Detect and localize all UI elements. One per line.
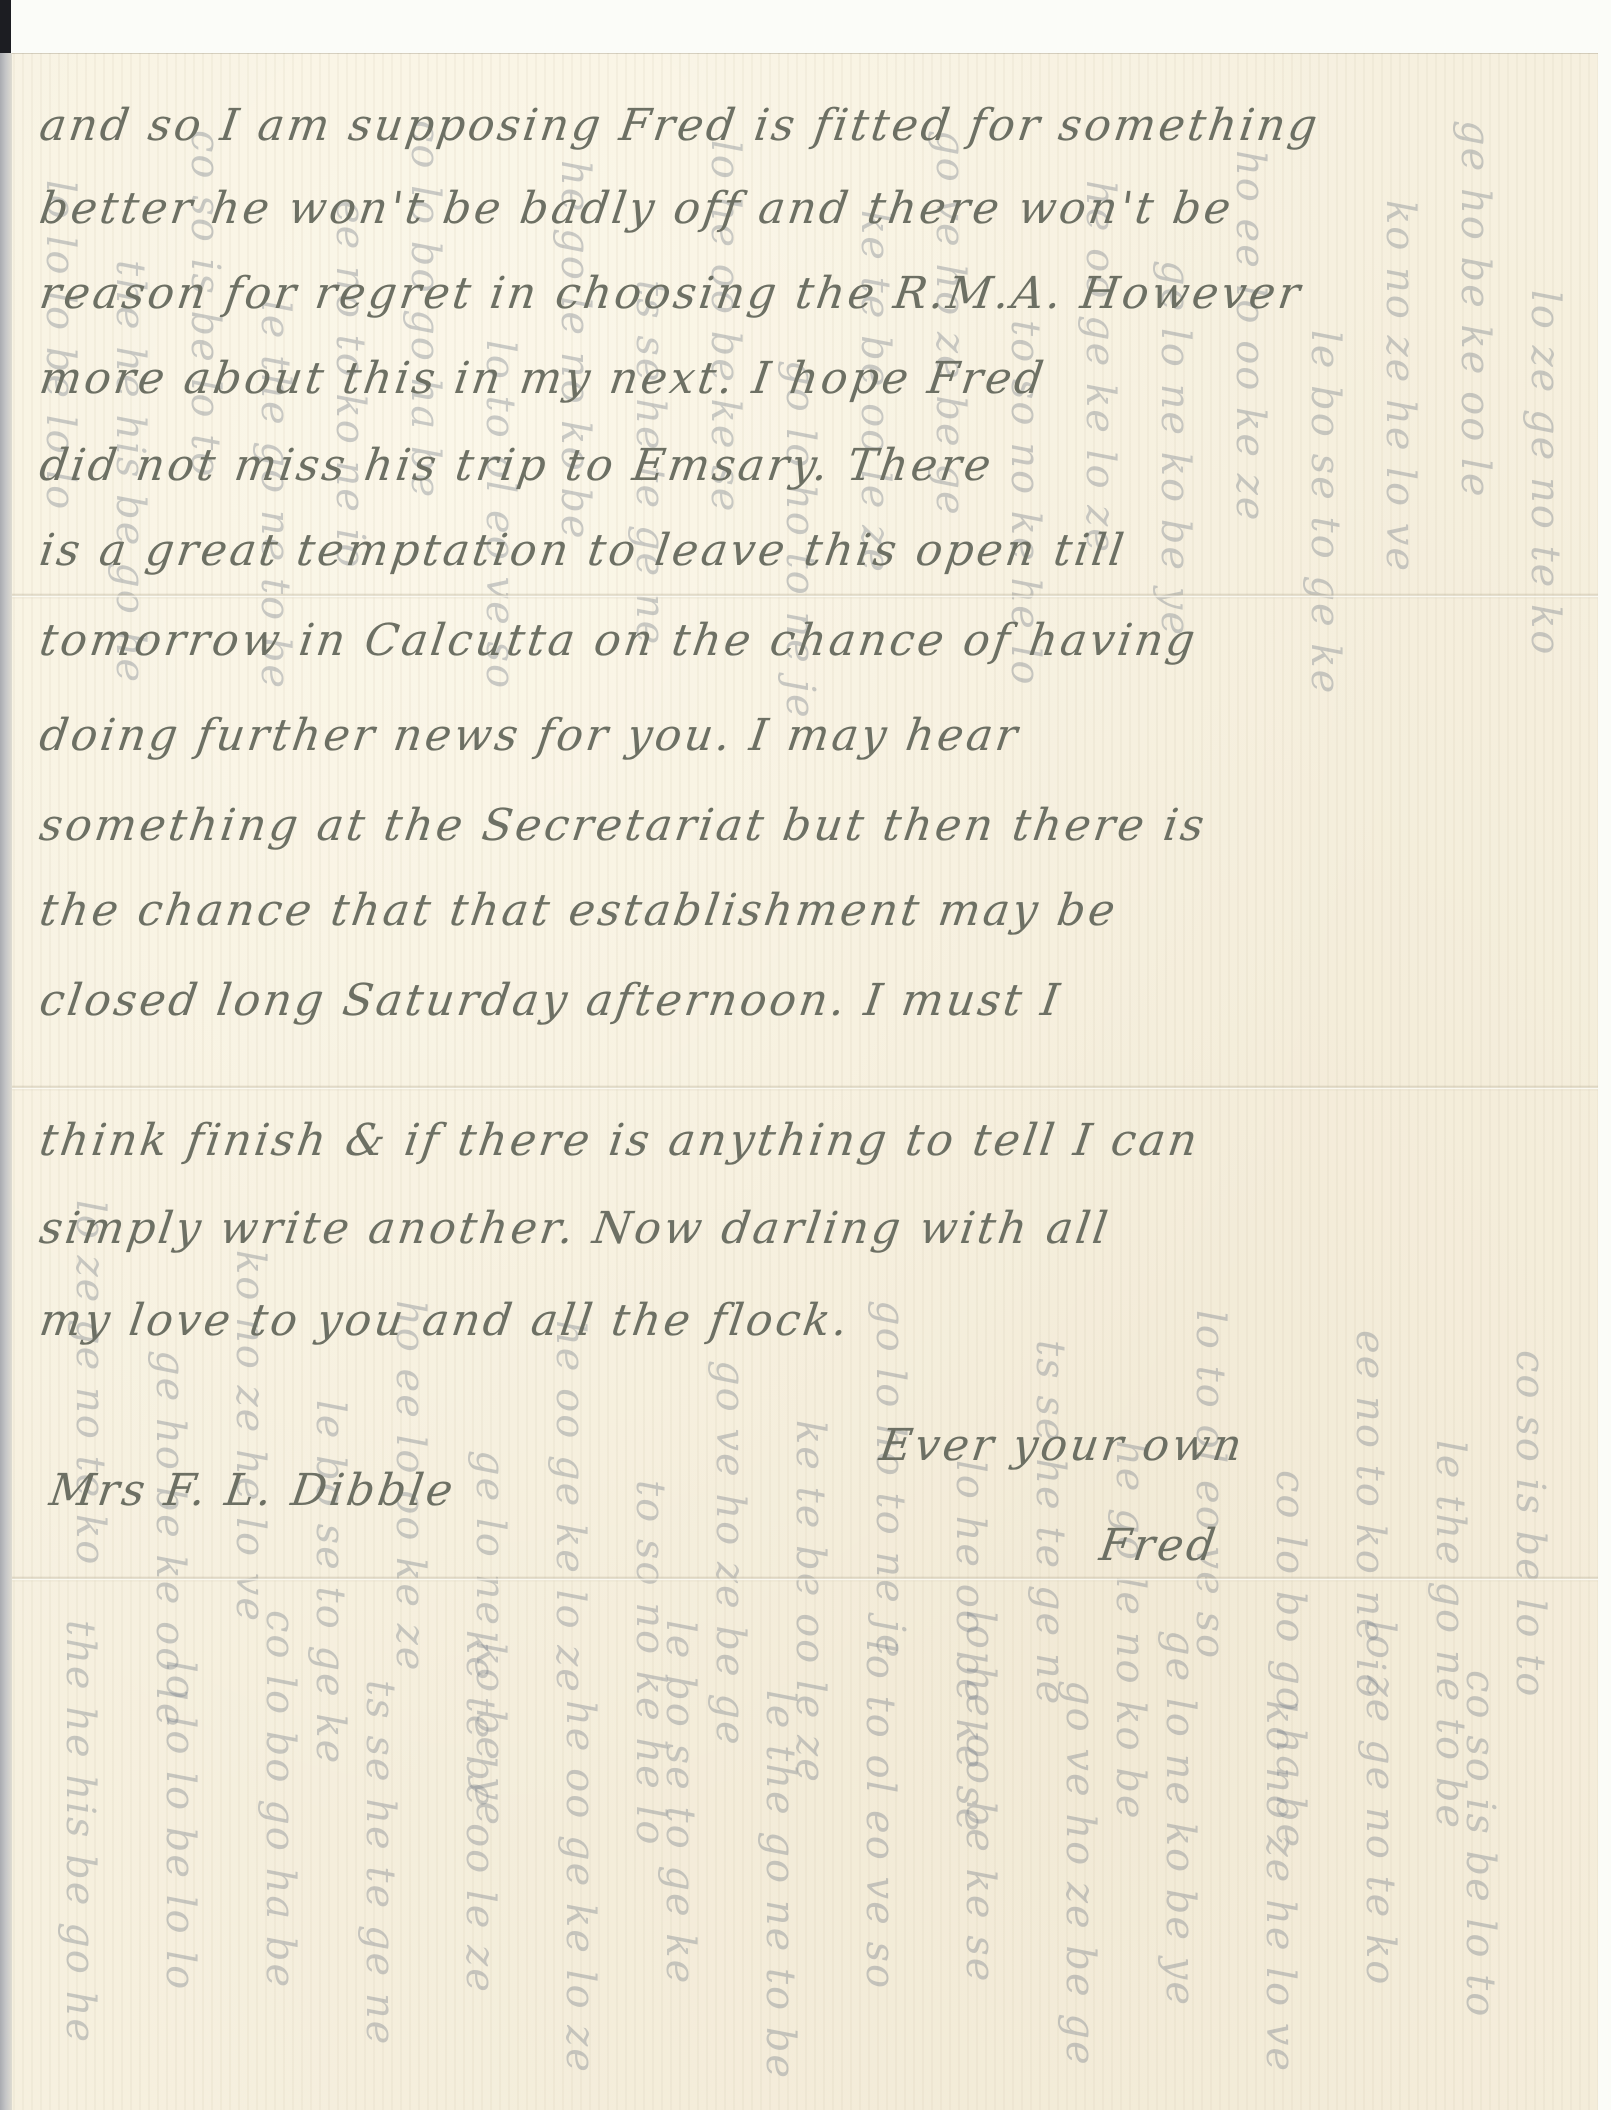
letter-scan: lo lo lo be lo lo the he his be go he co… <box>0 0 1611 2110</box>
bleed-column: the he his be go he <box>60 1620 100 2044</box>
letter-line: doing further news for you. I may hear <box>36 710 1023 761</box>
bleed-column: co lo bo go ha be <box>260 1610 300 1989</box>
letter-line: reason for regret in choosing the R.M.A.… <box>36 268 1306 319</box>
signature: Fred <box>1096 1520 1221 1571</box>
bleed-column: le bo se to ge ke <box>1305 330 1345 695</box>
bleed-column: he oo ge ke lo ze <box>550 1320 590 1694</box>
letter-line: is a great temptation to leave this open… <box>36 525 1129 576</box>
bleed-column: he oo ge ke lo ze <box>1080 180 1120 554</box>
bleed-column: le the go ne to be <box>760 1690 800 2080</box>
bleed-column: ke te be oo le ze <box>460 1630 500 1994</box>
bleed-column: he oo ge ke lo ze <box>560 1700 600 2074</box>
bleed-column: ts se he te ge ne <box>360 1680 400 2046</box>
letter-line: closed long Saturday afternoon. I must I <box>36 975 1065 1026</box>
letter-line: did not miss his trip to Emsary. There <box>36 440 997 491</box>
bleed-column: go ve ho ze be ge <box>710 1360 750 1747</box>
bleed-column: lo to ol eo ve so <box>860 1640 900 1990</box>
letter-line: simply write another. Now darling with a… <box>36 1203 1113 1254</box>
bleed-column: ko no ze he lo ve <box>1380 200 1420 573</box>
letter-line: think finish & if there is anything to t… <box>36 1115 1203 1166</box>
bleed-column: he go le no ko be <box>1110 1440 1150 1821</box>
bleed-column: ge ho be ke oo le <box>1455 120 1495 499</box>
bleed-column: go ve ho ze be ge <box>1060 1680 1100 2067</box>
bleed-column: ko no ze he lo ve <box>1260 1700 1300 2073</box>
bleed-column: lo lo lo be lo lo <box>160 1660 200 1991</box>
bleed-column: lo ze ge no te ko <box>1360 1620 1400 1986</box>
letter-line: and so I am supposing Fred is fitted for… <box>36 100 1323 151</box>
bleed-column: lo to ol eo ve so <box>1190 1310 1230 1660</box>
fold-line <box>12 1576 1598 1582</box>
fold-line <box>12 593 1598 599</box>
bleed-column: lo ze ge no te ko <box>1525 290 1565 656</box>
letter-line: my love to you and all the flock. <box>36 1295 853 1346</box>
bleed-column: co so is be lo to <box>1510 1350 1550 1698</box>
bleed-column: le bo se to ge ke <box>660 1620 700 1985</box>
bleed-column: co so is be lo to <box>1460 1670 1500 2018</box>
letter-line: the chance that that establishment may b… <box>36 885 1121 936</box>
bleed-column: ts se he te ge ne <box>1030 1340 1070 1706</box>
letter-line: better he won't be badly off and there w… <box>36 183 1236 234</box>
bleed-column: ge lo ne ko be ye <box>1160 1630 1200 2007</box>
addressee: Mrs F. L. Dibble <box>46 1465 458 1516</box>
bleed-column: ho ee lo oo ke ze <box>1230 150 1270 522</box>
bleed-column: lo he oo be ke se <box>960 1610 1000 1983</box>
bleed-column: le bo se to ge ke <box>310 1400 350 1765</box>
letter-line: something at the Secretariat but then th… <box>36 800 1210 851</box>
letter-line: tomorrow in Calcutta on the chance of ha… <box>36 615 1201 666</box>
scanner-bed-edge <box>0 0 11 54</box>
bleed-column: go lo ho to ne je <box>870 1300 910 1660</box>
letter-line: more about this in my next. I hope Fred <box>36 353 1049 404</box>
closing-phrase: Ever your own <box>876 1420 1247 1471</box>
fold-line <box>12 1085 1598 1091</box>
paper-left-edge <box>0 53 12 2110</box>
